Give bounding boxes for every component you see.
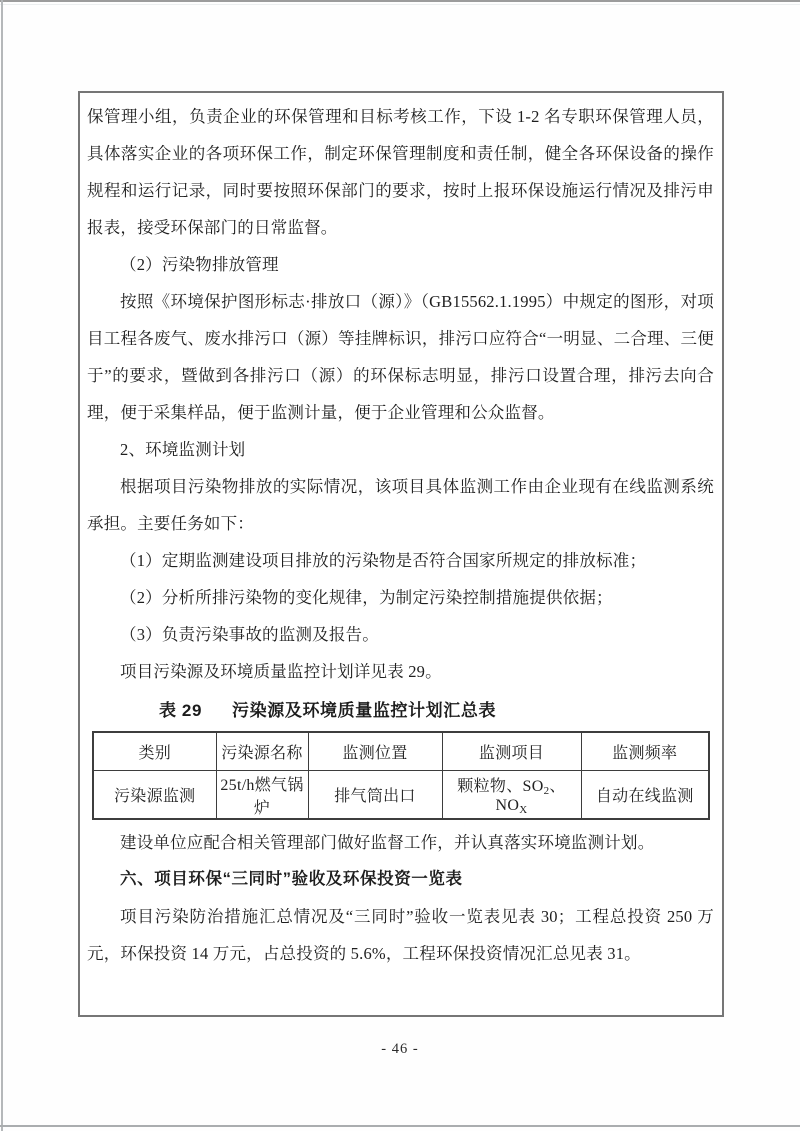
- table29-cell-source-name: 25t/h燃气锅炉: [216, 771, 308, 820]
- table29-header-location: 监测位置: [308, 732, 442, 771]
- scan-edge-left: [1, 0, 3, 1131]
- table29-caption-title: 污染源及环境质量监控计划汇总表: [232, 701, 496, 720]
- table29-caption-label: 表 29: [159, 701, 202, 720]
- table29-cell-location: 排气筒出口: [308, 771, 442, 820]
- table29-header-source-name: 污染源名称: [216, 732, 308, 771]
- scan-edge-top-faint: [0, 4, 800, 5]
- scanned-document-page: { "page": { "footer_page_number": "- 46 …: [0, 0, 800, 1131]
- list-item-monitoring-task-1: （1）定期监测建设项目排放的污染物是否符合国家所规定的排放标准；: [87, 542, 714, 579]
- items-subscript-2: X: [519, 804, 527, 816]
- paragraph-investment-summary: 项目污染防治措施汇总情况及“三同时”验收一览表见表 30；工程总投资 250 万…: [87, 898, 714, 972]
- paragraph-env-management-continuation: 保管理小组，负责企业的环保管理和目标考核工作，下设 1-2 名专职环保管理人员，…: [87, 98, 714, 246]
- table29-header-frequency: 监测频率: [581, 732, 709, 771]
- items-text-1: 颗粒物、SO: [457, 778, 543, 795]
- paragraph-see-table-29: 项目污染源及环境质量监控计划详见表 29。: [87, 653, 714, 690]
- list-item-monitoring-task-3: （3）负责污染事故的监测及报告。: [87, 616, 714, 653]
- scan-edge-bottom: [0, 1125, 800, 1127]
- subsection-environmental-monitoring-plan: 2、环境监测计划: [87, 431, 714, 468]
- paragraph-discharge-outlet-signage: 按照《环境保护图形标志·排放口（源）》（GB15562.1.1995）中规定的图…: [87, 283, 714, 431]
- subsection-pollutant-discharge-management: （2）污染物排放管理: [87, 246, 714, 283]
- list-item-monitoring-task-2: （2）分析所排污染物的变化规律，为制定污染控制措施提供依据；: [87, 579, 714, 616]
- scan-edge-top: [0, 0, 800, 2]
- table29-header-category: 类别: [93, 732, 216, 771]
- table29-data-row: 污染源监测 25t/h燃气锅炉 排气筒出口 颗粒物、SO2、NOX 自动在线监测: [93, 771, 709, 820]
- paragraph-monitoring-tasks-intro: 根据项目污染物排放的实际情况，该项目具体监测工作由企业现有在线监测系统承担。主要…: [87, 468, 714, 542]
- table29-cell-items: 颗粒物、SO2、NOX: [442, 771, 581, 820]
- table29-caption: 表 29污染源及环境质量监控计划汇总表: [159, 693, 714, 729]
- page-number: - 46 -: [0, 1041, 800, 1058]
- table29-monitoring-plan-table: 类别 污染源名称 监测位置 监测项目 监测频率 污染源监测 25t/h燃气锅炉 …: [92, 731, 710, 820]
- paragraph-supervision-cooperation: 建设单位应配合相关管理部门做好监督工作，并认真落实环境监测计划。: [87, 824, 714, 861]
- table29-header-items: 监测项目: [442, 732, 581, 771]
- section-heading-three-simultaneous: 六、项目环保“三同时”验收及环保投资一览表: [87, 861, 714, 898]
- table29-header-row: 类别 污染源名称 监测位置 监测项目 监测频率: [93, 732, 709, 771]
- table29-cell-category: 污染源监测: [93, 771, 216, 820]
- document-border-frame: 保管理小组，负责企业的环保管理和目标考核工作，下设 1-2 名专职环保管理人员，…: [78, 91, 724, 1017]
- table29-cell-frequency: 自动在线监测: [581, 771, 709, 820]
